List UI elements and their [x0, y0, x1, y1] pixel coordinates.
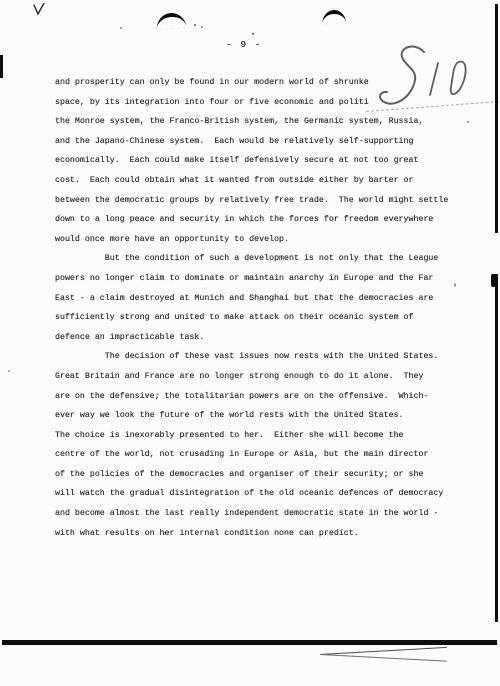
- text-line: and the Japano-Chinese system. Each woul…: [55, 132, 500, 152]
- scanned-document-page: - 9 - and prosperity can only be found i…: [0, 0, 500, 686]
- text-line: between the democratic groups by relativ…: [55, 191, 500, 211]
- text-line: Great Britain and France are no longer s…: [55, 367, 500, 387]
- text-line: The choice is inexorably presented to he…: [55, 426, 500, 446]
- text-line: centre of the world, not crusading in Eu…: [55, 445, 500, 465]
- page-number: - 9 -: [226, 39, 262, 50]
- ink-speck: [120, 27, 122, 29]
- text-line: ever way we look the future of the world…: [55, 406, 500, 426]
- film-edge-bar-right-bottom: [495, 274, 498, 622]
- ink-speck: [194, 24, 196, 26]
- text-line: with what results on her internal condit…: [55, 524, 500, 544]
- text-line: The decision of these vast issues now re…: [55, 347, 500, 367]
- text-line: economically. Each could make itself def…: [55, 151, 500, 171]
- film-edge-bar-right-top: [495, 4, 498, 233]
- text-line: the Monroe system, the Franco-British sy…: [55, 112, 500, 132]
- thin-scan-line-upper: [320, 647, 447, 655]
- text-line: powers no longer claim to dominate or ma…: [55, 269, 500, 289]
- text-line: sufficiently strong and united to make a…: [55, 308, 500, 328]
- text-line: But the condition of such a development …: [55, 249, 500, 269]
- text-line: and prosperity can only be found in our …: [55, 73, 500, 93]
- stray-ink-mark: ': [452, 284, 458, 295]
- text-line: space, by its integration into four or f…: [55, 93, 500, 113]
- film-edge-bar-bottom: [2, 640, 497, 645]
- text-line: will watch the gradual disintegration of…: [55, 484, 500, 504]
- text-line: and become almost the last really indepe…: [55, 504, 500, 524]
- text-line: of the policies of the democracies and o…: [55, 465, 500, 485]
- text-line: East - a claim destroyed at Munich and S…: [55, 289, 500, 309]
- scan-arc-mark-left: [155, 12, 186, 31]
- text-line: cost. Each could obtain what it wanted f…: [55, 171, 500, 191]
- film-edge-bar-left: [0, 55, 3, 78]
- text-line: down to a long peace and security in whi…: [55, 210, 500, 230]
- scan-arc-mark-right: [322, 10, 346, 25]
- ink-speck: [201, 26, 203, 28]
- text-line: would once more have an opportunity to d…: [55, 230, 500, 250]
- text-line: defence an impracticable task.: [55, 328, 500, 348]
- ink-speck: [252, 33, 254, 35]
- thin-scan-line-lower: [320, 654, 447, 662]
- text-line: are on the defensive; the totalitarian p…: [55, 387, 500, 407]
- ink-speck: [8, 370, 10, 372]
- handwritten-check-icon: [33, 3, 46, 16]
- ink-speck: [467, 121, 469, 123]
- document-body: and prosperity can only be found in our …: [55, 73, 500, 543]
